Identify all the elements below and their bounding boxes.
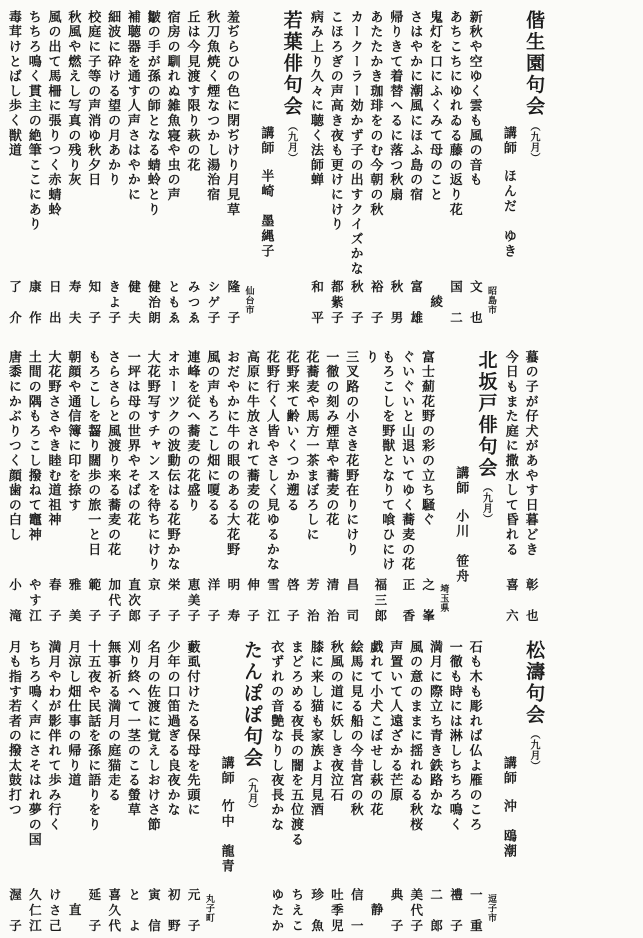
city-label: 丸子町	[204, 894, 215, 923]
poet-name: みつゑ	[185, 280, 201, 327]
poem-text: 羞ぢらひの色に閉ぢけり月見草	[224, 10, 240, 217]
poem-column: まどろめる夜長の闇を五位渡るちえこ	[288, 640, 304, 936]
poem-column: 病み上り久々に聴く法師蝉和 平	[308, 10, 324, 328]
poem-column: 名月の佐渡に覚えしおけさ節寅 信	[145, 640, 161, 936]
poem-text: 補聴器を通す人声さはやかに	[125, 10, 141, 202]
poem-column: 帰りきて着替へるに落つ秋扇秋 男	[387, 10, 403, 328]
poem-column: 花野来て齢いくつか遡る啓 子	[283, 350, 299, 626]
poet-name: 直	[65, 903, 81, 934]
poet-name: 清 治	[323, 578, 339, 625]
city-label: 昭島市	[486, 286, 497, 315]
poem-text: 秋刀魚焼く煙なつかし湯治宿	[204, 10, 220, 202]
poem-column: 新秋や空ゆく雲も風の音も文 也	[466, 10, 482, 328]
city-label: 逗子市	[486, 894, 497, 923]
poet-name: ちえこ	[288, 888, 304, 935]
poem-column: 宿房の馴れぬ雑魚寝や虫の声ともゑ	[164, 10, 180, 328]
poem-text: 一坪は母の世界やそばの花	[125, 350, 141, 528]
poem-column: 土間の隅もろこし撥ねて竈神やす江	[25, 350, 41, 626]
section-period: （九月）	[526, 729, 541, 771]
section-title-column: 松濤句会 （九月）	[523, 640, 544, 936]
section-title-column: 偕生園句会 （九月）	[523, 10, 544, 328]
city-column: 埼玉県	[439, 350, 450, 626]
poem-column: 一徹の刻み煙草や蕎麦の花清 治	[323, 350, 339, 626]
city-label: 仙台市	[244, 286, 255, 315]
poet-name: 富 雄	[407, 280, 423, 327]
poem-text: 風の出て馬柵に張りつく赤蜻蛉	[45, 10, 61, 217]
poem-text: 今日もまた庭に撒水して昏れる	[502, 350, 518, 557]
poem-column: 藪虱付けたる保母を先頭に元 子	[184, 640, 200, 936]
poem-column: 大花野ささやき睦む道祖神春 子	[45, 350, 61, 626]
section-period: （九月）	[478, 482, 493, 524]
poet-name: 静	[367, 903, 383, 934]
poet-name: 雅 美	[65, 578, 81, 625]
poet-name: 恵美子	[185, 578, 201, 625]
poet-name: 明 寿	[224, 578, 240, 625]
poet-name: 秋 男	[387, 280, 403, 327]
poem-text: あちこちにゆれゐる藤の返り花	[447, 10, 463, 217]
poem-text: もろこしを野獣となりて喰ひにけり	[363, 350, 396, 578]
poem-column: あたたかき珈琲をのむ今朝の秋裕 子	[367, 10, 383, 328]
lecturer-label: 講師	[218, 756, 234, 786]
poet-name: きよ子	[105, 280, 121, 327]
lecturer-label: 講師	[501, 756, 517, 786]
poem-column: ぐいぐいと山退いてゆく蕎麦の花正 香	[399, 350, 415, 626]
poem-text: 大花野写すチャンスを待ちにけり	[145, 350, 161, 572]
poet-name: 渥 子	[6, 888, 22, 935]
poem-text: 月涼し畑仕事の帰り道	[65, 640, 81, 788]
poet-name: 裕 子	[367, 280, 383, 327]
poem-text: おだやかに牛の眼のある大花野	[224, 350, 240, 557]
lecturer-name: 半崎 墨縄子	[258, 169, 274, 259]
poet-name: 都紫子	[328, 280, 344, 327]
poem-column: 風の意のままに揺れゐる秋桜美代子	[407, 640, 423, 936]
poem-column: さはやかに潮風にほふ島の宿富 雄	[407, 10, 423, 328]
poem-column: 一坪は母の世界やそばの花直次郎	[125, 350, 141, 626]
poem-column: 秋刀魚焼く煙なつかし湯治宿シゲ子	[204, 10, 220, 328]
poem-text: 秋風や燃えし写真の残り灰	[65, 10, 81, 188]
poet-name: 信 一	[348, 888, 364, 935]
lecturer-label: 講師	[453, 466, 469, 496]
poem-text: 名月の佐渡に覚えしおけさ節	[145, 640, 161, 832]
poem-column: 鬼灯を口にふくみて母のこと綾	[427, 10, 443, 328]
poet-name: 国 二	[447, 280, 463, 327]
poem-column: カークーラー効かず子の出すクイズかな秋 子	[347, 10, 363, 328]
text-band-1: 偕生園句会 （九月） 講師 ほんだ ゆき 昭島市 新秋や空ゆく雲も風の音も文 也…	[2, 10, 550, 328]
poem-text: 十五夜や民話を孫に語りをり	[85, 640, 101, 832]
poet-name: 之 峯	[419, 578, 435, 625]
poet-name: 洋 子	[204, 578, 220, 625]
poem-text: 声置いて人遠ざかる芒原	[387, 640, 403, 803]
poem-column: 唐黍にかぶりつく顔歯の白し小 滝	[6, 350, 22, 626]
poem-text: さらさらと風渡り来る蕎麦の花	[105, 350, 121, 557]
poet-name: 小 滝	[6, 578, 22, 625]
poem-column: オホーツクの波動伝はる花野かな栄 子	[164, 350, 180, 626]
poem-text: 鬼灯を口にふくみて母のこと	[427, 10, 443, 202]
poet-name: 一 重	[467, 888, 483, 935]
poem-column: 大花野写すチャンスを待ちにけり京 子	[145, 350, 161, 626]
poem-text: まどろめる夜長の闇を五位渡る	[288, 640, 304, 847]
section-title: 北坂戸俳句会	[475, 350, 496, 479]
poet-name: ともゑ	[165, 280, 181, 327]
poet-name: 昌 司	[343, 578, 359, 625]
poem-text: 朝顔や通信簿に印を捺す	[65, 350, 81, 513]
poem-column: こほろぎの声高き夜も更けにけり都紫子	[327, 10, 343, 328]
poem-column: 蟇の子が仔犬があやす日暮どき彰 也	[522, 350, 538, 626]
poem-column: 高原に牛放されて蕎麦の花伸 子	[244, 350, 260, 626]
poem-column: さらさらと風渡り来る蕎麦の花加代子	[105, 350, 121, 626]
section-title: たんぽぽ句会	[241, 640, 262, 769]
poet-name: 啓 子	[284, 578, 300, 625]
poet-name: 元 子	[185, 888, 201, 935]
poem-text: カークーラー効かず子の出すクイズかな	[347, 10, 363, 276]
poem-text: 細波に砕ける望の月あかり	[105, 10, 121, 188]
poem-text: 土間の隅もろこし撥ねて竈神	[25, 350, 41, 542]
poem-text: 皺の手が孫の師となる蜻蛉とり	[145, 10, 161, 217]
poem-text: 満月に際立ち青き鉄路かな	[427, 640, 443, 818]
city-label: 埼玉県	[439, 584, 450, 613]
poet-name: 正 香	[399, 578, 415, 625]
poem-column: ちちろ鳴く貫主の絶筆ここにあり康 作	[25, 10, 41, 328]
poem-column: 戯れて小犬こぼせし萩の花静	[367, 640, 383, 936]
poem-text: 花蕎麦や馬方一茶まぼろしに	[303, 350, 319, 542]
poem-text: 一徹の刻み煙草や蕎麦の花	[323, 350, 339, 528]
lecturer-label: 講師	[258, 126, 274, 156]
poem-text: 月も指す若者の撥太鼓打つ	[6, 640, 22, 818]
poem-text: 藪虱付けたる保母を先頭に	[184, 640, 200, 818]
poem-text: こほろぎの声高き夜も更けにけり	[327, 10, 343, 232]
haiku-newsletter-page: 偕生園句会 （九月） 講師 ほんだ ゆき 昭島市 新秋や空ゆく雲も風の音も文 也…	[0, 0, 643, 938]
poem-text: 連峰を従へ蕎麦の花盛り	[184, 350, 200, 513]
poem-column: 十五夜や民話を孫に語りをり延 子	[85, 640, 101, 936]
poem-column: 月涼し畑仕事の帰り道直	[65, 640, 81, 936]
section-title-column: たんぽぽ句会 （九月）	[241, 640, 262, 936]
poem-column: 校庭に子等の声消ゆ秋夕日知 子	[85, 10, 101, 328]
poet-name: 直次郎	[125, 578, 141, 625]
poet-name: 和 平	[308, 280, 324, 327]
poet-name: 栄 子	[165, 578, 181, 625]
poem-text: 花野行く人皆やさしく見ゆるかな	[264, 350, 280, 572]
poet-name: 京 子	[145, 578, 161, 625]
poet-name: 了 介	[6, 280, 22, 327]
poem-text: 戯れて小犬こぼせし萩の花	[367, 640, 383, 818]
poet-name: 春 子	[46, 578, 62, 625]
poem-column: 絵馬に見る船の今昔宮の秋信 一	[347, 640, 363, 936]
poem-text: 膝に来し猫も家族よ月見酒	[308, 640, 324, 818]
poem-column: 毒茸けとばし歩く獣道了 介	[6, 10, 22, 328]
poem-text: さはやかに潮風にほふ島の宿	[407, 10, 423, 202]
poem-text: 宿房の馴れぬ雑魚寝や虫の声	[164, 10, 180, 202]
poet-name: 雪 江	[264, 578, 280, 625]
poem-column: 補聴器を通す人声さはやかに健 夫	[125, 10, 141, 328]
poem-column: 声置いて人遠ざかる芒原典 子	[387, 640, 403, 936]
poet-name: 健治朗	[145, 280, 161, 327]
poet-name: 美代子	[407, 888, 423, 935]
poem-column: 羞ぢらひの色に閉ぢけり月見草隆 子	[224, 10, 240, 328]
section-period: （九月）	[526, 121, 541, 163]
poem-text: 三叉路の小さき花野在りにけり	[343, 350, 359, 557]
poem-text: 少年の口笛過ぎる良夜かな	[164, 640, 180, 818]
poem-column: 満月に際立ち青き鉄路かな二 郎	[427, 640, 443, 936]
poet-name: 文 也	[467, 280, 483, 327]
poet-name: 加代子	[105, 578, 121, 625]
poem-text: ちちろ鳴く貫主の絶筆ここにあり	[25, 10, 41, 232]
poem-text: 大花野ささやき睦む道祖神	[45, 350, 61, 528]
poem-text: 丘は今見渡す限り萩の花	[184, 10, 200, 173]
poem-column: 連峰を従へ蕎麦の花盛り恵美子	[184, 350, 200, 626]
lecturer-column: 講師 小川 笹舟	[453, 350, 469, 626]
poem-column: もろこしを野獣となりて喰ひにけり福三郎	[363, 350, 396, 626]
poem-text: 花野来て齢いくつか遡る	[283, 350, 299, 513]
poem-text: 無事祈る満月の庭猫走る	[105, 640, 121, 803]
city-column: 逗子市	[486, 640, 497, 936]
city-column: 仙台市	[244, 10, 255, 328]
section-period: （九月）	[244, 772, 259, 814]
poem-column: 満月やわが影伴れて歩み行くけさ己	[45, 640, 61, 936]
poem-text: 風の意のままに揺れゐる秋桜	[407, 640, 423, 832]
poet-name: 福三郎	[371, 578, 387, 625]
poem-column: 石も木も彫れば仏よ雁のころ一 重	[466, 640, 482, 936]
poem-column: 風の声もろこし畑に嗄るる洋 子	[204, 350, 220, 626]
text-band-2: 蟇の子が仔犬があやす日暮どき彰 也 今日もまた庭に撒水して昏れる喜 六 北坂戸俳…	[2, 350, 542, 626]
poem-column: 少年の口笛過ぎる良夜かな初 野	[164, 640, 180, 936]
poet-name: 日 出	[46, 280, 62, 327]
poet-name: 寿 夫	[65, 280, 81, 327]
city-column: 昭島市	[486, 10, 497, 328]
poet-name: 喜 六	[503, 578, 519, 625]
poet-name: 芳 治	[304, 578, 320, 625]
city-column: 丸子町	[204, 640, 215, 936]
poet-name: 久仁江	[26, 888, 42, 935]
poem-text: 富士薊花野の彩の立ち騒ぐ	[419, 350, 435, 528]
poem-column: 一徹も時には淋しちちろ鳴く禮 子	[447, 640, 463, 936]
poem-column: 秋風や燃えし写真の残り灰寿 夫	[65, 10, 81, 328]
poet-name: 秋 子	[348, 280, 364, 327]
poem-text: 刈り終へて一茎のこる螢草	[125, 640, 141, 818]
poet-name: 典 子	[387, 888, 403, 935]
poem-column: 朝顔や通信簿に印を捺す雅 美	[65, 350, 81, 626]
poem-column: 秋風の道に妖しき夜泣石吐季児	[327, 640, 343, 936]
poem-column: おだやかに牛の眼のある大花野明 寿	[224, 350, 240, 626]
poem-column: 衣ずれの音艶なりし夜長かなゆたか	[268, 640, 284, 936]
poem-text: 唐黍にかぶりつく顔歯の白し	[6, 350, 22, 542]
poem-column: 細波に砕ける望の月あかりきよ子	[105, 10, 121, 328]
poet-name: ゆたか	[268, 888, 284, 935]
poem-text: 新秋や空ゆく雲も風の音も	[466, 10, 482, 188]
poet-name: 珍 魚	[308, 888, 324, 935]
section-title: 偕生園句会	[523, 10, 544, 118]
lecturer-column: 講師 ほんだ ゆき	[501, 10, 517, 328]
poet-name: けさ己	[46, 888, 62, 935]
poem-column: 丘は今見渡す限り萩の花みつゑ	[184, 10, 200, 328]
poem-text: 蟇の子が仔犬があやす日暮どき	[522, 350, 538, 557]
poem-text: ぐいぐいと山退いてゆく蕎麦の花	[399, 350, 415, 572]
poem-column: 花蕎麦や馬方一茶まぼろしに芳 治	[303, 350, 319, 626]
poem-text: オホーツクの波動伝はる花野かな	[164, 350, 180, 572]
poem-column: 風の出て馬柵に張りつく赤蜻蛉日 出	[45, 10, 61, 328]
poem-text: 風の声もろこし畑に嗄るる	[204, 350, 220, 528]
lecturer-column: 講師 半崎 墨縄子	[258, 10, 274, 328]
poem-text: 校庭に子等の声消ゆ秋夕日	[85, 10, 101, 188]
lecturer-column: 講師 沖 鴎潮	[501, 640, 517, 936]
lecturer-column: 講師 竹中 龍青	[218, 640, 234, 936]
poem-text: ちちろ鳴く声にさそはれ夢の国	[25, 640, 41, 847]
poem-column: 皺の手が孫の師となる蜻蛉とり健治朗	[145, 10, 161, 328]
poet-name: 伸 子	[244, 578, 260, 625]
lecturer-name: 小川 笹舟	[453, 509, 469, 584]
poet-name: 禮 子	[447, 888, 463, 935]
poem-text: 満月やわが影伴れて歩み行く	[45, 640, 61, 832]
poem-text: 秋風の道に妖しき夜泣石	[327, 640, 343, 803]
poet-name: と よ	[125, 888, 141, 935]
poem-column: 刈り終へて一茎のこる螢草と よ	[125, 640, 141, 936]
poet-name: 吐季児	[328, 888, 344, 935]
poet-name: 綾	[427, 295, 443, 326]
poet-name: 彰 也	[523, 578, 539, 625]
poem-text: 高原に牛放されて蕎麦の花	[244, 350, 260, 528]
section-period: （九月）	[284, 121, 299, 163]
poet-name: 範 子	[85, 578, 101, 625]
poem-column: 今日もまた庭に撒水して昏れる喜 六	[502, 350, 518, 626]
poet-name: 康 作	[26, 280, 42, 327]
poet-name: 健 夫	[125, 280, 141, 327]
poem-text: あたたかき珈琲をのむ今朝の秋	[367, 10, 383, 217]
poem-column: 花野行く人皆やさしく見ゆるかな雪 江	[264, 350, 280, 626]
lecturer-label: 講師	[501, 126, 517, 156]
poet-name: 喜久代	[105, 888, 121, 935]
poet-name: 隆 子	[224, 280, 240, 327]
poem-column: 富士薊花野の彩の立ち騒ぐ之 峯	[419, 350, 435, 626]
poem-column: 膝に来し猫も家族よ月見酒珍 魚	[308, 640, 324, 936]
poem-column: 月も指す若者の撥太鼓打つ渥 子	[6, 640, 22, 936]
poem-text: 絵馬に見る船の今昔宮の秋	[347, 640, 363, 818]
poem-column: 無事祈る満月の庭猫走る喜久代	[105, 640, 121, 936]
poet-name: やす江	[26, 578, 42, 625]
poem-text: もろこしを齧り闊歩の旅一と日	[85, 350, 101, 557]
text-band-3: 松濤句会 （九月） 講師 沖 鴎潮 逗子市 石も木も彫れば仏よ雁のころ一 重 一…	[2, 640, 550, 936]
poem-text: 石も木も彫れば仏よ雁のころ	[466, 640, 482, 832]
lecturer-name: ほんだ ゆき	[501, 169, 517, 259]
poet-name: 知 子	[85, 280, 101, 327]
section-title: 若葉俳句会	[280, 10, 301, 118]
poem-column: 三叉路の小さき花野在りにけり昌 司	[343, 350, 359, 626]
poem-text: 帰りきて着替へるに落つ秋扇	[387, 10, 403, 202]
section-title: 松濤句会	[523, 640, 544, 726]
poem-text: 一徹も時には淋しちちろ鳴く	[447, 640, 463, 832]
poem-text: 毒茸けとばし歩く獣道	[6, 10, 22, 158]
poet-name: 延 子	[85, 888, 101, 935]
lecturer-name: 沖 鴎潮	[501, 799, 517, 859]
poem-column: もろこしを齧り闊歩の旅一と日範 子	[85, 350, 101, 626]
poet-name: 二 郎	[427, 888, 443, 935]
poem-text: 病み上り久々に聴く法師蝉	[308, 10, 324, 188]
poem-column: あちこちにゆれゐる藤の返り花国 二	[447, 10, 463, 328]
section-title-column: 北坂戸俳句会 （九月）	[475, 350, 496, 626]
poem-text: 衣ずれの音艶なりし夜長かな	[268, 640, 284, 832]
poet-name: シゲ子	[204, 280, 220, 327]
poet-name: 寅 信	[145, 888, 161, 935]
section-title-column: 若葉俳句会 （九月）	[280, 10, 301, 328]
poet-name: 初 野	[165, 888, 181, 935]
lecturer-name: 竹中 龍青	[218, 799, 234, 874]
poem-column: ちちろ鳴く声にさそはれ夢の国久仁江	[25, 640, 41, 936]
